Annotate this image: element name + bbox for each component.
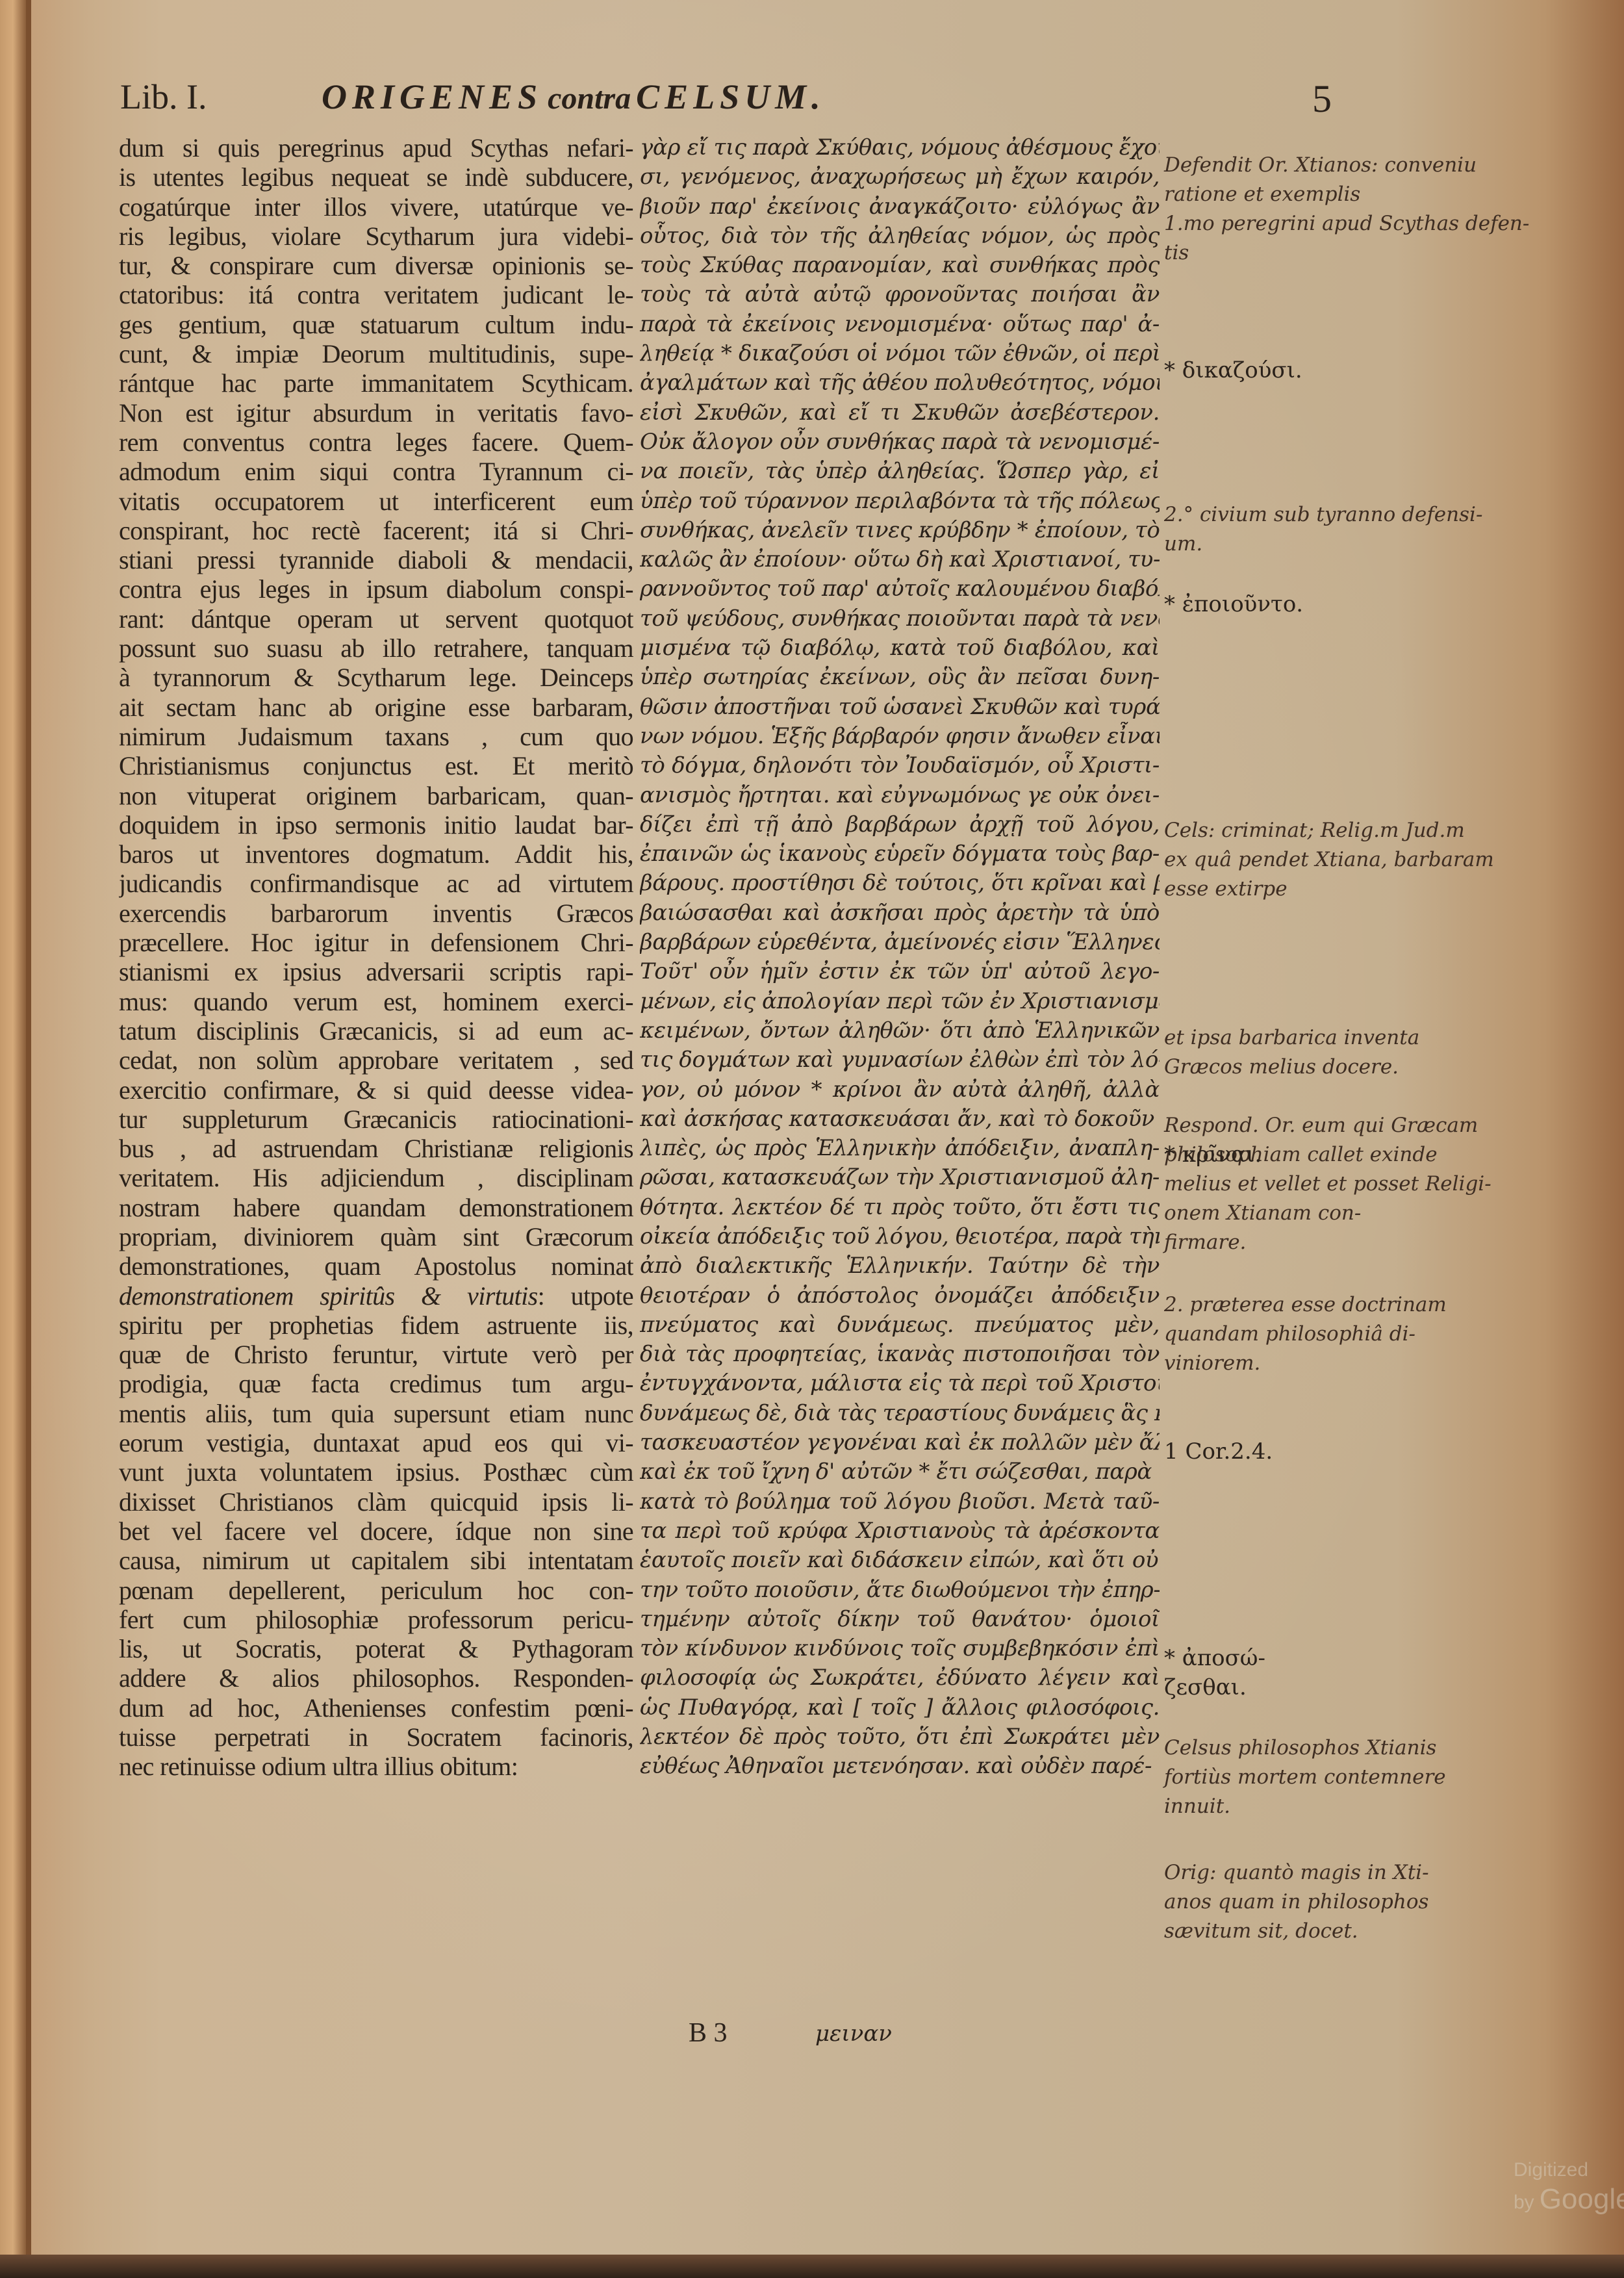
- greek-line: θότητα. λεκτέον δέ τι πρὸς τοῦτο, ὅτι ἔσ…: [640, 1193, 1160, 1222]
- greek-line: μισμένα τῷ διαβόλῳ, κατὰ τοῦ διαβόλου, κ…: [640, 633, 1160, 663]
- greek-line: εὐθέως Ἀθηναῖοι μετενόησαν. καὶ οὐδὲν πα…: [640, 1752, 1160, 1781]
- greek-line: θειοτέραν ὁ ἀπόστολος ὀνομάζει ἀπόδειξιν: [640, 1281, 1160, 1311]
- latin-line: prodigia, quæ facta credimus tum argu-: [119, 1369, 633, 1398]
- latin-line: exercitio confirmare, & si quid deesse v…: [119, 1075, 633, 1105]
- margin-note-line: esse extirpe: [1164, 875, 1619, 904]
- margin-note-line: * δικαζούσι.: [1164, 356, 1619, 385]
- margin-note-line: 2.° civium sub tyranno defensi-: [1164, 500, 1619, 530]
- margin-note-line: 1 Cor.2.4.: [1164, 1437, 1619, 1466]
- margin-note-line: melius et vellet et posset Religi-: [1164, 1170, 1619, 1199]
- margin-note-line: ratione et exemplis: [1164, 180, 1619, 209]
- running-header: Lib. I. ORIGENEScontraCELSUM. 5: [120, 77, 1354, 129]
- printed-side-note: * δικαζούσι.: [1164, 356, 1619, 385]
- latin-line: nec retinuisse odium ultra illius obitum…: [119, 1752, 633, 1781]
- latin-line: is utentes legibus nequeat se indè subdu…: [119, 162, 633, 192]
- latin-line: contra ejus leges in ipsum diabolum cons…: [119, 574, 633, 604]
- latin-line: spiritu per prophetias fidem astruente i…: [119, 1311, 633, 1340]
- signature-mark: B 3: [689, 2017, 728, 2049]
- greek-line: τημένην αὐτοῖς δίκην τοῦ θανάτου· ὁμοιοῖ: [640, 1605, 1160, 1634]
- greek-line: εἰσὶ Σκυθῶν, καὶ εἴ τι Σκυθῶν ἀσεβέστερο…: [640, 398, 1160, 428]
- greek-line: ἑαυτοῖς ποιεῖν καὶ διδάσκειν εἰπών, καὶ …: [640, 1546, 1160, 1575]
- latin-line: eorum vestigia, duntaxat apud eos qui vi…: [119, 1428, 633, 1457]
- margin-note-line: 1.mo peregrini apud Scythas defen-: [1164, 209, 1619, 238]
- latin-line: Non est igitur absurdum in veritatis fav…: [119, 398, 633, 428]
- printed-side-note: * κρῖναι.: [1164, 1140, 1619, 1170]
- book-spine: [0, 0, 26, 2278]
- handwritten-note: 2. præterea esse doctrinamquandam philos…: [1164, 1290, 1619, 1378]
- greek-line: σι, γενόμενος, ἀναχωρήσεως μὴ ἔχων καιρό…: [640, 162, 1160, 192]
- latin-line: tur, & conspirare cum diversæ opinionis …: [119, 251, 633, 280]
- greek-line: δυνάμεως δὲ, διὰ τὰς τεραστίους δυνάμεις…: [640, 1399, 1160, 1428]
- margin-note-line: ex quâ pendet Xtiana, barbaram: [1164, 845, 1619, 875]
- greek-line: διὰ τὰς προφητείας, ἱκανὰς πιστοποιῆσαι …: [640, 1340, 1160, 1369]
- handwritten-note: Cels: criminat; Relig.m Jud.mex quâ pend…: [1164, 816, 1619, 904]
- title-contra: contra: [548, 81, 631, 116]
- latin-line: causa, nimirum ut capitalem sibi intenta…: [119, 1546, 633, 1575]
- greek-line: Οὐκ ἄλογον οὖν συνθήκας παρὰ τὰ νενομισμ…: [640, 428, 1160, 457]
- latin-column: dum si quis peregrinus apud Scythas nefa…: [119, 133, 633, 1782]
- greek-line: βαρβάρων εὑρεθέντα, ἀμείνονές εἰσιν Ἕλλη…: [640, 928, 1160, 957]
- latin-line: dum si quis peregrinus apud Scythas nefa…: [119, 133, 633, 162]
- greek-line: βάρους. προστίθησι δὲ τούτοις, ὅτι κρῖνα…: [640, 869, 1160, 898]
- greek-line: ληθείᾳ * δικαζούσι οἱ νόμοι τῶν ἐθνῶν, ο…: [640, 339, 1160, 368]
- catchword: μειναν: [815, 2021, 892, 2047]
- greek-line: θῶσιν ἀποστῆναι τοῦ ὡσανεὶ Σκυθῶν καὶ τυ…: [640, 693, 1160, 722]
- margin-note-line: * κρῖναι.: [1164, 1140, 1619, 1170]
- latin-line: rant: dántque operam ut servent quotquot: [119, 604, 633, 633]
- margin-note-line: * ἐποιοῦντο.: [1164, 590, 1619, 619]
- title-subject: CELSUM.: [636, 77, 826, 116]
- handwritten-note: Orig: quantò magis in Xti-anos quam in p…: [1164, 1858, 1619, 1946]
- greek-line: ἀγαλμάτων καὶ τῆς ἀθέου πολυθεότητος, νό…: [640, 368, 1160, 398]
- greek-line: τοὺς τὰ αὐτὰ αὐτῷ φρονοῦντας ποιήσαι ἂν: [640, 280, 1160, 309]
- latin-line: demonstrationem spiritûs & virtutis: utp…: [119, 1281, 633, 1311]
- latin-line: cedat, non solùm approbare veritatem , s…: [119, 1045, 633, 1075]
- latin-line: lis, ut Socratis, poterat & Pythagoram: [119, 1634, 633, 1663]
- margin-note-line: quandam philosophiâ di-: [1164, 1320, 1619, 1349]
- latin-line: addere & alios philosophos. Responden-: [119, 1663, 633, 1693]
- greek-line: οἰκεία ἀπόδειξις τοῦ λόγου, θειοτέρα, πα…: [640, 1222, 1160, 1251]
- handwritten-note: Celsus philosophos Xtianisfortiùs mortem…: [1164, 1734, 1619, 1821]
- latin-line: Christianismus conjunctus est. Et meritò: [119, 751, 633, 780]
- greek-line: ραννοῦντος τοῦ παρ' αὐτοῖς καλουμένου δι…: [640, 574, 1160, 604]
- greek-line: ὡς Πυθαγόρᾳ, καὶ [ τοῖς ] ἄλλοις φιλοσόφ…: [640, 1693, 1160, 1722]
- handwritten-note: 2.° civium sub tyranno defensi-um.: [1164, 500, 1619, 559]
- greek-line: συνθήκας, ἀνελεῖν τινες κρύβδην * ἐποίου…: [640, 516, 1160, 545]
- latin-line: veritatem. His adjiciendum , disciplinam: [119, 1163, 633, 1192]
- margin-note-line: et ipsa barbarica inventa: [1164, 1023, 1619, 1053]
- greek-line: βαιώσασθαι καὶ ἀσκῆσαι πρὸς ἀρετὴν τὰ ὑπ…: [640, 899, 1160, 928]
- margin-note-line: viniorem.: [1164, 1349, 1619, 1378]
- margin-note-line: fortiùs mortem contemnere: [1164, 1763, 1619, 1792]
- margin-note-line: Celsus philosophos Xtianis: [1164, 1734, 1619, 1763]
- latin-line: demonstrationes, quam Apostolus nominat: [119, 1251, 633, 1281]
- handwritten-note: Respond. Or. eum qui Græcamphilosophiam …: [1164, 1111, 1619, 1257]
- scripture-quote: demonstrationem spiritûs & virtutis: [119, 1281, 538, 1311]
- greek-line: ὑπὲρ τοῦ τύραννον περιλαβόντα τὰ τῆς πόλ…: [640, 487, 1160, 516]
- latin-line: pœnam depellerent, periculum hoc con-: [119, 1576, 633, 1605]
- running-title: ORIGENEScontraCELSUM.: [322, 77, 826, 117]
- latin-line: admodum enim siqui contra Tyrannum ci-: [119, 457, 633, 486]
- greek-line: ρῶσαι, κατασκευάζων τὴν Χριστιανισμοῦ ἀλ…: [640, 1163, 1160, 1192]
- greek-line: ανισμὸς ἤρτηται. καὶ εὐγνωμόνως γε οὐκ ὀ…: [640, 781, 1160, 810]
- latin-line: mentis aliis, tum quia supersunt etiam n…: [119, 1399, 633, 1428]
- greek-line: καὶ ἀσκήσας κατασκευάσαι ἄν, καὶ τὸ δοκο…: [640, 1105, 1160, 1134]
- greek-line: ἐπαινῶν ὡς ἱκανοὺς εὑρεῖν δόγματα τοὺς β…: [640, 839, 1160, 869]
- latin-line: rántque hac parte immanitatem Scythicam.: [119, 368, 633, 398]
- margin-note-line: anos quam in philosophos: [1164, 1888, 1619, 1917]
- latin-line: possunt suo suasu ab illo retrahere, tan…: [119, 633, 633, 663]
- margin-note-line: 2. præterea esse doctrinam: [1164, 1290, 1619, 1320]
- latin-line: stiani pressi tyrannide diaboli & mendac…: [119, 545, 633, 574]
- latin-line: ges gentium, quæ statuarum cultum indu-: [119, 310, 633, 339]
- latin-line: conspirant, hoc rectè facerent; itá si C…: [119, 516, 633, 545]
- greek-line: γον, οὐ μόνον * κρίνοι ἂν αὐτὰ ἀληθῆ, ἀλ…: [640, 1075, 1160, 1105]
- page-bottom-edge: [0, 2255, 1624, 2278]
- margin-note-line: Respond. Or. eum qui Græcam: [1164, 1111, 1619, 1140]
- greek-line: ἐντυγχάνοντα, μάλιστα εἰς τὰ περὶ τοῦ Χρ…: [640, 1369, 1160, 1398]
- latin-line: à tyrannorum & Scytharum lege. Deinceps: [119, 663, 633, 692]
- latin-line: bus , ad astruendam Christianæ religioni…: [119, 1134, 633, 1163]
- greek-line: νων νόμου. Ἑξῆς βάρβαρόν φησιν ἄνωθεν εἶ…: [640, 722, 1160, 751]
- greek-line: κατὰ τὸ βούλημα τοῦ λόγου βιοῦσι. Μετὰ τ…: [640, 1487, 1160, 1517]
- margin-note-line: um.: [1164, 530, 1619, 559]
- book-number: Lib. I.: [120, 77, 207, 117]
- greek-line: καὶ ἐκ τοῦ ἴχνη δ' αὐτῶν * ἔτι σώζεσθαι,…: [640, 1457, 1160, 1487]
- greek-line: τὸν κίνδυνον κινδύνοις τοῖς συμβεβηκόσιν…: [640, 1634, 1160, 1663]
- latin-line: ctatoribus: itá contra veritatem judican…: [119, 280, 633, 309]
- greek-line: τις δογμάτων καὶ γυμνασίων ἐλθὼν ἐπὶ τὸν…: [640, 1045, 1160, 1075]
- margin-note-line: innuit.: [1164, 1792, 1619, 1821]
- greek-line: Τοῦτ' οὖν ἡμῖν ἐστιν ἐκ τῶν ὑπ' αὐτοῦ λε…: [640, 957, 1160, 986]
- margin-note-line: tis: [1164, 238, 1619, 268]
- greek-line: πνεύματος καὶ δυνάμεως. πνεύματος μὲν,: [640, 1311, 1160, 1340]
- latin-line: nostram habere quandam demonstrationem: [119, 1193, 633, 1222]
- greek-line: βιοῦν παρ' ἐκείνοις ἀναγκάζοιτο· εὐλόγως…: [640, 192, 1160, 222]
- latin-line: propriam, diviniorem quàm sint Græcorum: [119, 1222, 633, 1251]
- latin-line: ait sectam hanc ab origine esse barbaram…: [119, 693, 633, 722]
- latin-line: nimirum Judaismum taxans , cum quo: [119, 722, 633, 751]
- latin-line: rem conventus contra leges facere. Quem-: [119, 428, 633, 457]
- printed-side-note: * ἐποιοῦντο.: [1164, 590, 1619, 619]
- latin-line: doquidem in ipso sermonis initio laudat …: [119, 810, 633, 839]
- greek-line: παρὰ τὰ ἐκείνοις νενομισμένα· οὕτως παρ'…: [640, 310, 1160, 339]
- margin-note-line: Græcos melius docere.: [1164, 1053, 1619, 1082]
- greek-line: τοῦ ψεύδους, συνθήκας ποιοῦνται παρὰ τὰ …: [640, 604, 1160, 633]
- greek-line: τοὺς Σκύθας παρανομίαν, καὶ συνθήκας πρὸ…: [640, 251, 1160, 280]
- latin-line: mus: quando verum est, hominem exerci-: [119, 987, 633, 1016]
- margin-note-line: onem Xtianam con-: [1164, 1199, 1619, 1228]
- latin-line: tatum disciplinis Græcanicis, si ad eum …: [119, 1016, 633, 1045]
- greek-line: να ποιεῖν, τὰς ὑπὲρ ἀληθείας. Ὥσπερ γὰρ,…: [640, 457, 1160, 486]
- greek-line: τὸ δόγμα, δηλονότι τὸν Ἰουδαϊσμόν, οὗ Χρ…: [640, 751, 1160, 780]
- greek-line: δίζει ἐπὶ τῇ ἀπὸ βαρβάρων ἀρχῇ τοῦ λόγου…: [640, 810, 1160, 839]
- greek-line: φιλοσοφίᾳ ὡς Σωκράτει, ἐδύνατο λέγειν κα…: [640, 1663, 1160, 1693]
- margin-note-line: ζεσθαι.: [1164, 1673, 1619, 1702]
- page-number: 5: [1312, 77, 1332, 122]
- latin-line: baros ut inventores dogmatum. Addit his,: [119, 839, 633, 869]
- binding-edge: [26, 0, 31, 2278]
- title-author: ORIGENES: [322, 77, 542, 116]
- margin-note-line: Cels: criminat; Relig.m Jud.m: [1164, 816, 1619, 845]
- latin-line: cunt, & impiæ Deorum multitudinis, supe-: [119, 339, 633, 368]
- margin-note-line: Defendit Or. Xtianos: conveniu: [1164, 151, 1619, 180]
- greek-line: λεκτέον δὲ πρὸς τοῦτο, ὅτι ἐπὶ Σωκράτει …: [640, 1722, 1160, 1752]
- greek-line: καλῶς ἂν ἐποίουν· οὕτω δὴ καὶ Χριστιανοί…: [640, 545, 1160, 574]
- latin-line: exercendis barbarorum inventis Græcos: [119, 899, 633, 928]
- greek-column: γὰρ εἴ τις παρὰ Σκύθαις, νόμους ἀθέσμους…: [640, 133, 1160, 1782]
- greek-line: την τοῦτο ποιοῦσιν, ἅτε διωθούμενοι τὴν …: [640, 1576, 1160, 1605]
- latin-line: dixisset Christianos clàm quicquid ipsis…: [119, 1487, 633, 1517]
- margin-note-line: firmare.: [1164, 1228, 1619, 1257]
- latin-line: tuisse perpetrati in Socratem facinoris,: [119, 1722, 633, 1752]
- printed-side-note: 1 Cor.2.4.: [1164, 1437, 1619, 1466]
- latin-line: non vituperat originem barbaricam, quan-: [119, 781, 633, 810]
- greek-line: ἀπὸ διαλεκτικῆς Ἑλληνικήν. Ταύτην δὲ τὴν: [640, 1251, 1160, 1281]
- greek-line: τασκευαστέον γεγονέναι καὶ ἐκ πολλῶν μὲν…: [640, 1428, 1160, 1457]
- greek-line: λιπὲς, ὡς πρὸς Ἑλληνικὴν ἀπόδειξιν, ἀναπ…: [640, 1134, 1160, 1163]
- greek-line: γὰρ εἴ τις παρὰ Σκύθαις, νόμους ἀθέσμους…: [640, 133, 1160, 162]
- latin-line: judicandis confirmandisque ac ad virtute…: [119, 869, 633, 898]
- handwritten-note: et ipsa barbarica inventaGræcos melius d…: [1164, 1023, 1619, 1082]
- greek-line: ὑπὲρ σωτηρίας ἐκείνων, οὓς ἂν πεῖσαι δυν…: [640, 663, 1160, 692]
- latin-line: dum ad hoc, Athenienses confestim pœni-: [119, 1693, 633, 1722]
- margin-note-line: Orig: quantò magis in Xti-: [1164, 1858, 1619, 1888]
- latin-line: ris legibus, violare Scytharum jura vide…: [119, 222, 633, 251]
- greek-line: μένων, εἰς ἀπολογίαν περὶ τῶν ἐν Χριστια…: [640, 987, 1160, 1016]
- greek-line: κειμένων, ὄντων ἀληθῶν· ὅτι ἀπὸ Ἑλληνικῶ…: [640, 1016, 1160, 1045]
- margin-note-line: sævitum sit, docet.: [1164, 1917, 1619, 1946]
- latin-line: tur suppleturum Græcanicis ratiocination…: [119, 1105, 633, 1134]
- margin-note-line: * ἀποσώ-: [1164, 1644, 1619, 1673]
- digitization-watermark: Digitized byGoogle: [1514, 2151, 1624, 2216]
- latin-line: bet vel facere vel docere, ídque non sin…: [119, 1517, 633, 1546]
- latin-line: vitatis occupatorem ut interficerent eum: [119, 487, 633, 516]
- greek-line: οὗτος, διὰ τὸν τῆς ἀληθείας νόμον, ὡς πρ…: [640, 222, 1160, 251]
- latin-line: cogatúrque inter illos vivere, utatúrque…: [119, 192, 633, 222]
- greek-line: τα περὶ τοῦ κρύφα Χριστιανοὺς τὰ ἀρέσκον…: [640, 1517, 1160, 1546]
- latin-line: quæ de Christo feruntur, virtute verò pe…: [119, 1340, 633, 1369]
- handwritten-note: Defendit Or. Xtianos: conveniuratione et…: [1164, 151, 1619, 268]
- printed-side-note: * ἀποσώ-ζεσθαι.: [1164, 1644, 1619, 1702]
- latin-line: vunt juxta voluntatem ipsius. Posthæc cù…: [119, 1457, 633, 1487]
- latin-line: stianismi ex ipsius adversarii scriptis …: [119, 957, 633, 986]
- watermark-brand: Google: [1540, 2183, 1624, 2215]
- latin-line: præcellere. Hoc igitur in defensionem Ch…: [119, 928, 633, 957]
- latin-line: fert cum philosophiæ professorum pericu-: [119, 1605, 633, 1634]
